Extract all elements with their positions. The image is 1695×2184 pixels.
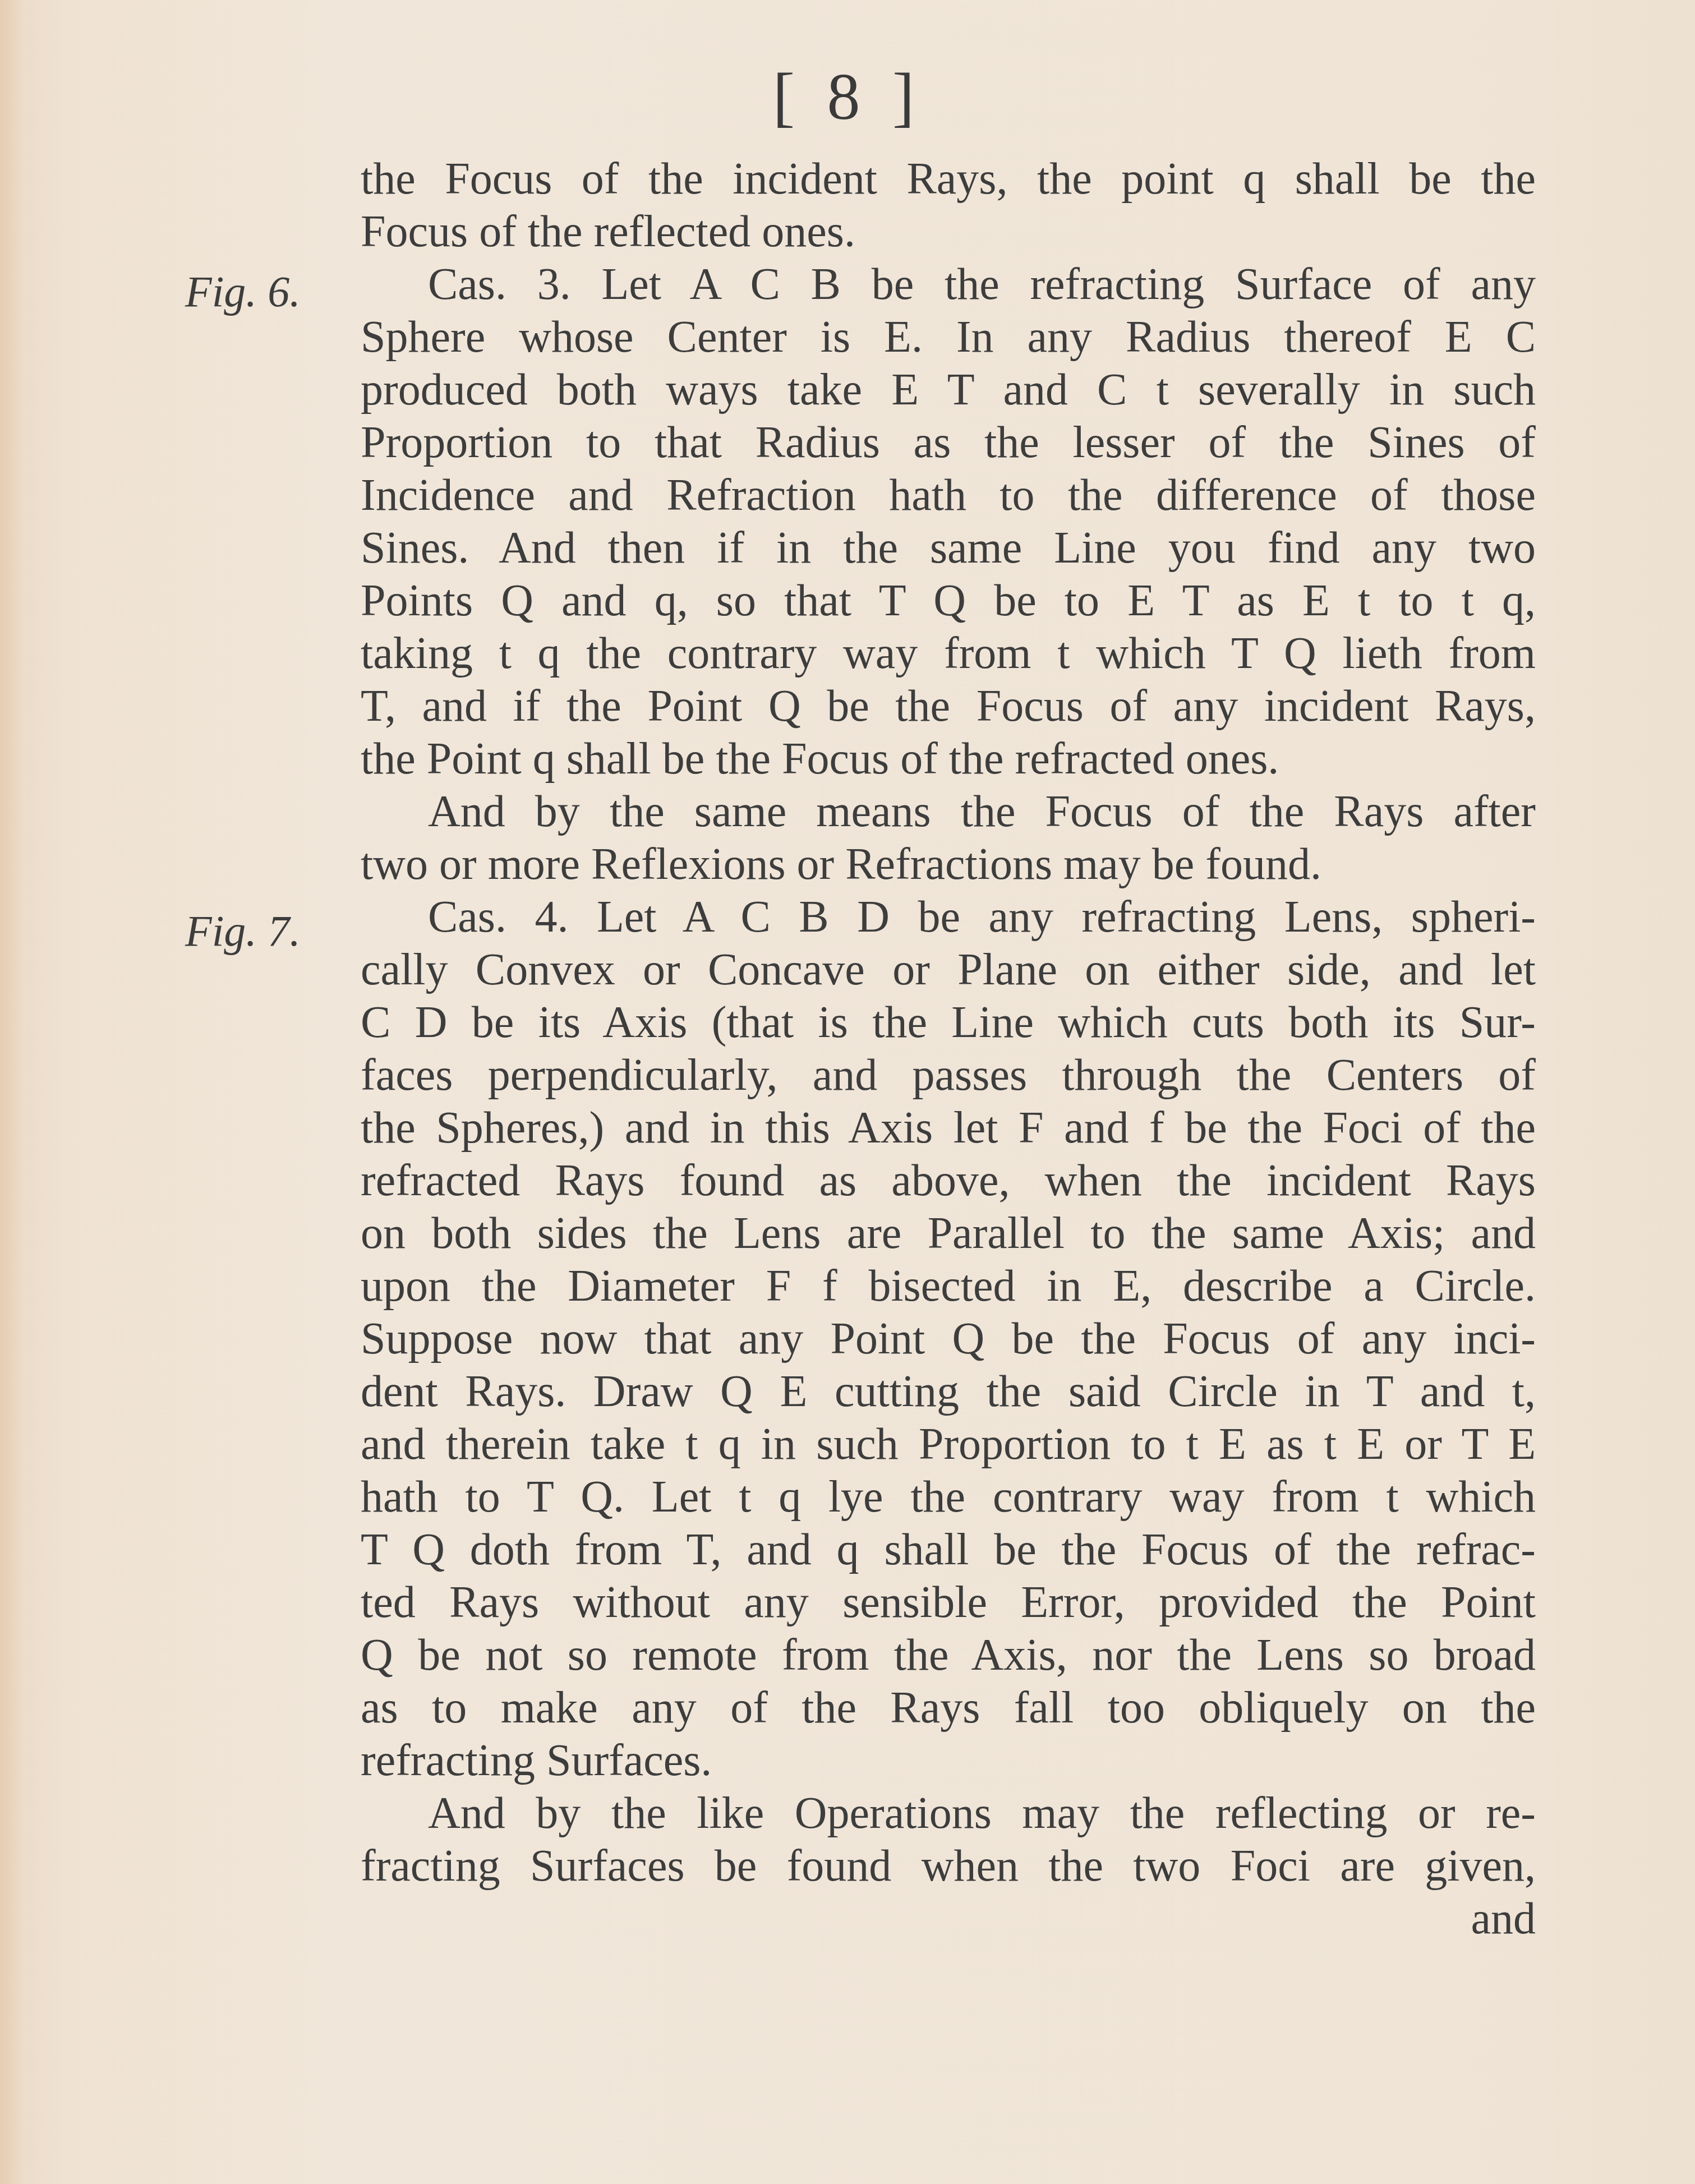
text-line: the Point q shall be the Focus of the re…	[361, 732, 1536, 785]
text-line: Sines. And then if in the same Line you …	[361, 522, 1536, 574]
page-edge	[0, 0, 22, 2184]
text-line: Focus of the reflected ones.	[361, 205, 1536, 258]
text-line: Cas. 3. Let A C B be the refracting Surf…	[361, 258, 1536, 311]
page-number: [ 8 ]	[0, 59, 1695, 135]
body-text: the Focus of the incident Rays, the poin…	[361, 153, 1536, 1945]
text-line: fracting Surfaces be found when the two …	[361, 1840, 1536, 1892]
text-line: taking t q the contrary way from t which…	[361, 627, 1536, 680]
text-line: and therein take t q in such Proportion …	[361, 1418, 1536, 1471]
text-line: the Spheres,) and in this Axis let F and…	[361, 1102, 1536, 1154]
text-line: the Focus of the incident Rays, the poin…	[361, 153, 1536, 205]
text-line: refracted Rays found as above, when the …	[361, 1154, 1536, 1207]
text-line: T, and if the Point Q be the Focus of an…	[361, 680, 1536, 732]
text-line: on both sides the Lens are Parallel to t…	[361, 1207, 1536, 1260]
text-line: And by the same means the Focus of the R…	[361, 785, 1536, 838]
text-line: two or more Reflexions or Refractions ma…	[361, 838, 1536, 891]
figure-reference: Fig. 6.	[185, 266, 301, 317]
text-line: as to make any of the Rays fall too obli…	[361, 1681, 1536, 1734]
text-line: C D be its Axis (that is the Line which …	[361, 996, 1536, 1049]
text-line: Cas. 4. Let A C B D be any refracting Le…	[361, 891, 1536, 943]
text-line: hath to T Q. Let t q lye the contrary wa…	[361, 1471, 1536, 1523]
figure-reference: Fig. 7.	[185, 906, 301, 956]
text-line: Suppose now that any Point Q be the Focu…	[361, 1312, 1536, 1365]
text-line: Incidence and Refraction hath to the dif…	[361, 469, 1536, 522]
text-line: ted Rays without any sensible Error, pro…	[361, 1576, 1536, 1629]
text-line: and	[361, 1892, 1536, 1945]
text-line: T Q doth from T, and q shall be the Focu…	[361, 1523, 1536, 1576]
text-line: Points Q and q, so that T Q be to E T as…	[361, 574, 1536, 627]
text-line: dent Rays. Draw Q E cutting the said Cir…	[361, 1365, 1536, 1418]
text-line: upon the Diameter F f bisected in E, des…	[361, 1260, 1536, 1312]
text-line: produced both ways take E T and C t seve…	[361, 363, 1536, 416]
text-line: Sphere whose Center is E. In any Radius …	[361, 311, 1536, 363]
text-line: faces perpendicularly, and passes throug…	[361, 1049, 1536, 1102]
text-line: refracting Surfaces.	[361, 1734, 1536, 1787]
text-line: cally Convex or Concave or Plane on eith…	[361, 943, 1536, 996]
text-line: Proportion to that Radius as the lesser …	[361, 416, 1536, 469]
text-line: And by the like Operations may the refle…	[361, 1787, 1536, 1840]
text-line: Q be not so remote from the Axis, nor th…	[361, 1629, 1536, 1681]
